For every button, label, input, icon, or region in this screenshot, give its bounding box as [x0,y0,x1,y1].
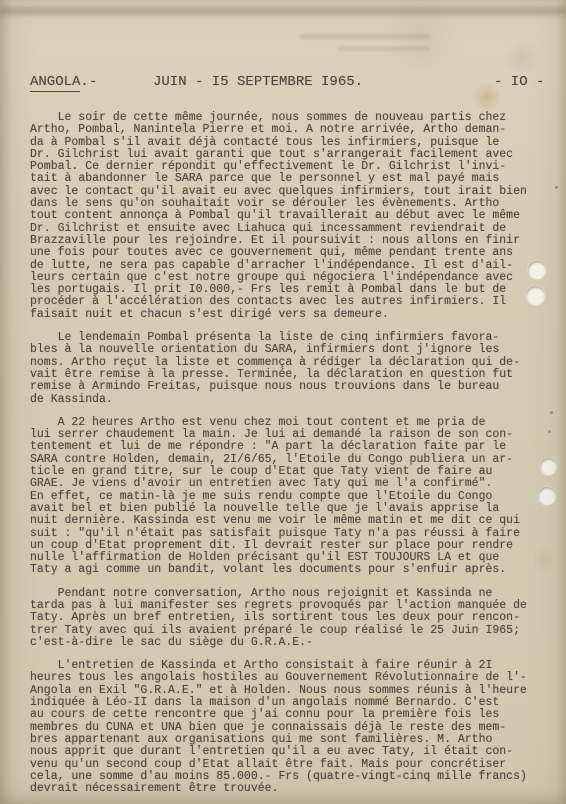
paper-speck [555,186,558,189]
text-line: de Kassinda. [30,394,550,406]
text-line: remise à Armindo Freitas, puisque nous n… [30,381,550,393]
text-line: heures tous les angolais hostiles au Gou… [30,672,550,684]
text-line: suit : "qu'il n'était pas satisfait puis… [30,528,550,540]
region-title: ANGOLA.- [30,74,97,90]
paragraph: A 22 heures Artho est venu chez moi tout… [30,417,550,577]
text-line: nuit dernière. Kassinda est venu me voir… [30,515,550,527]
paragraph: Le lendemain Pombal présenta la liste de… [30,332,550,406]
page-header: ANGOLA.- JUIN - I5 SEPTEMBRE I965. - IO … [0,74,566,94]
text-line: de lutte, ne sera pas capable d'arracher… [30,260,550,272]
date-range: JUIN - I5 SEPTEMBRE I965. [153,74,363,90]
text-line: nous apprit que durant l'entretien qu'il… [30,746,550,758]
document-page: ANGOLA.- JUIN - I5 SEPTEMBRE I965. - IO … [0,0,566,804]
text-line: Taty a agi comme un bandit, volant les d… [30,564,550,576]
scan-edge-shadow [0,7,566,15]
text-line: tait à abandonner le SARA parce que le p… [30,173,550,185]
paper-speck [550,411,553,414]
text-line: c'est-à-dire le sac du siège du G.R.A.E.… [30,637,550,649]
text-line: tout content annonça à Pombal qu'il trav… [30,210,550,222]
paragraph: Pendant notre conversation, Artho nous r… [30,588,550,649]
text-line: GRAE. Je viens d'avoir un entretien avec… [30,478,550,490]
bleedthrough-mark [300,34,430,39]
text-line: procéder à l'accélération des contacts a… [30,296,550,308]
text-line: devrait nécessairement être trouvée. [30,783,550,795]
punch-hole [528,261,546,279]
text-line: Taty. Après un bref entretien, ils sorti… [30,612,550,624]
bleedthrough-mark [338,47,430,51]
text-line: tentement et lui de me répondre : "A par… [30,441,550,453]
paragraph: L'entretien de Kassinda et Artho consist… [30,660,550,795]
region-label: ANGOLA [30,74,80,92]
punch-hole [540,458,557,475]
text-line: faisait nuit et chacun s'est dirigé vers… [30,309,550,321]
text-line: une fois pour toutes avec ce gouvernemen… [30,247,550,259]
punch-hole [526,286,545,305]
text-line: Artho, Pombal, Nanintela Pierre et moi. … [30,124,550,136]
region-suffix: .- [80,74,97,90]
document-body: Le soir de cette même journée, nous somm… [30,112,550,795]
punch-hole [538,487,556,505]
text-line: bles à la nouvelle orientation du SARA, … [30,344,550,356]
paragraph: Le soir de cette même journée, nous somm… [30,112,550,321]
text-line: venu qu'un second coup d'Etat allait êtr… [30,759,550,771]
page-number: - IO - [494,74,544,90]
text-line: au cours de cette rencontre que j'ai con… [30,709,550,721]
